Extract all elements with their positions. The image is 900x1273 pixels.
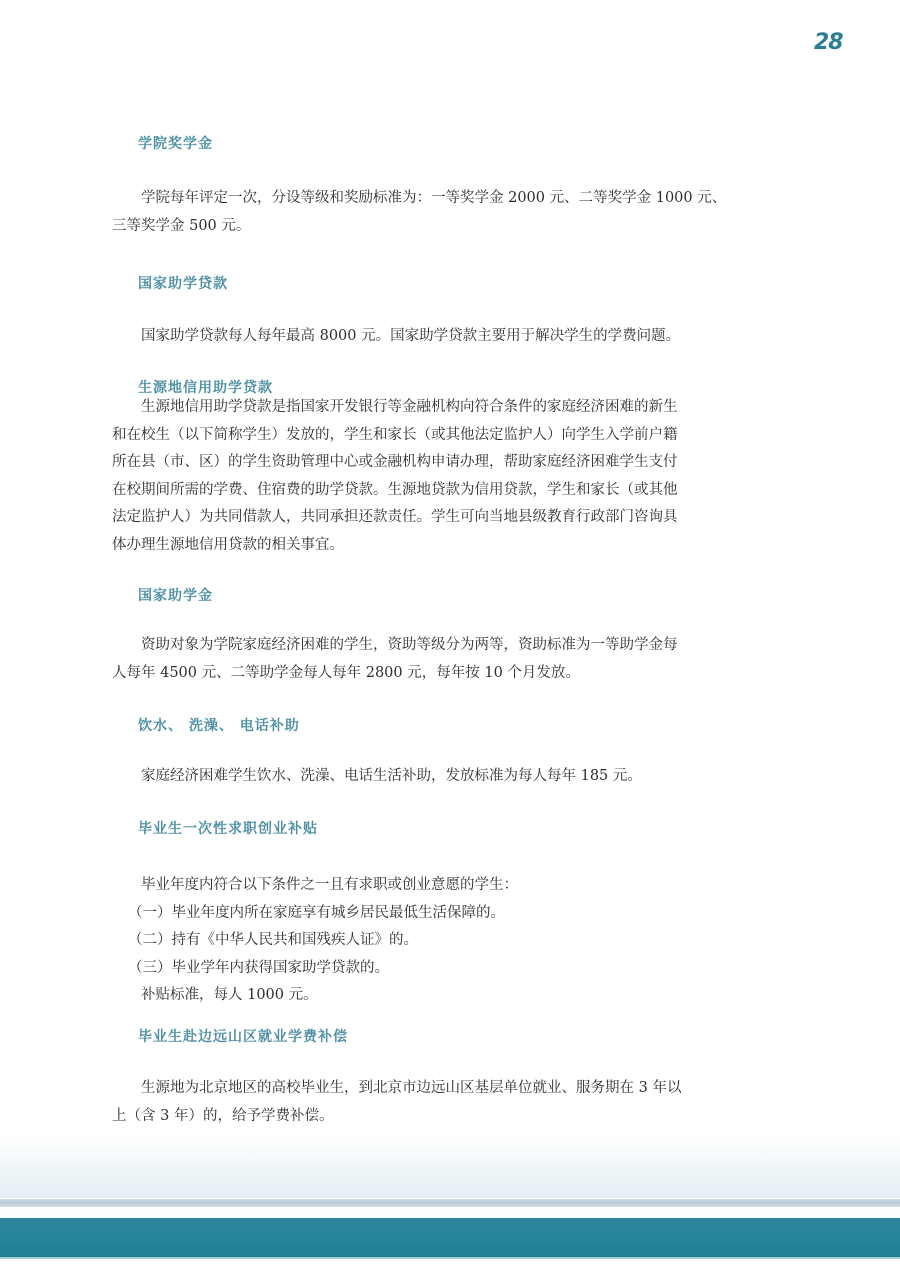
section-heading-living-subsidy: 饮水、 洗澡、 电话补助 xyxy=(138,715,300,735)
body-line: 补贴标准，每人 1000 元。 xyxy=(112,982,800,1010)
body-line: 生源地信用助学贷款是指国家开发银行等金融机构向符合条件的家庭经济困难的新生 xyxy=(112,394,800,422)
section-body-college-scholarship: 学院每年评定一次，分设等级和奖励标准为：一等奖学金 2000 元、二等奖学金 1… xyxy=(112,185,800,240)
list-item: （三）毕业学年内获得国家助学贷款的。 xyxy=(112,955,800,983)
section-heading-national-student-loan: 国家助学贷款 xyxy=(138,273,228,293)
body-line: 人每年 4500 元、二等助学金每人每年 2800 元，每年按 10 个月发放。 xyxy=(112,660,800,688)
list-item: （一）毕业年度内所在家庭享有城乡居民最低生活保障的。 xyxy=(112,900,800,928)
list-item: （二）持有《中华人民共和国残疾人证》的。 xyxy=(112,927,800,955)
section-heading-remote-area-tuition-compensation: 毕业生赴边远山区就业学费补偿 xyxy=(138,1026,348,1046)
section-body-living-subsidy: 家庭经济困难学生饮水、洗澡、电话生活补助，发放标准为每人每年 185 元。 xyxy=(112,763,800,791)
footer-background-wash xyxy=(0,1138,900,1198)
body-line: 国家助学贷款每人每年最高 8000 元。国家助学贷款主要用于解决学生的学费问题。 xyxy=(112,323,800,351)
footer-band-edge xyxy=(0,1257,900,1259)
body-line: 在校期间所需的学费、住宿费的助学贷款。生源地贷款为信用贷款，学生和家长（或其他 xyxy=(112,477,800,505)
body-line: 学院每年评定一次，分设等级和奖励标准为：一等奖学金 2000 元、二等奖学金 1… xyxy=(112,185,800,213)
section-body-origin-credit-loan: 生源地信用助学贷款是指国家开发银行等金融机构向符合条件的家庭经济困难的新生 和在… xyxy=(112,394,800,559)
body-line: 三等奖学金 500 元。 xyxy=(112,213,800,241)
body-line: 法定监护人）为共同借款人，共同承担还款责任。学生可向当地县级教育行政部门咨询具 xyxy=(112,504,800,532)
body-line: 资助对象为学院家庭经济困难的学生，资助等级分为两等，资助标准为一等助学金每 xyxy=(112,632,800,660)
body-line: 上（含 3 年）的，给予学费补偿。 xyxy=(112,1103,800,1131)
footer-spacer xyxy=(0,1207,900,1218)
section-heading-graduate-job-subsidy: 毕业生一次性求职创业补贴 xyxy=(138,818,318,838)
body-line: 和在校生（以下简称学生）发放的，学生和家长（或其他法定监护人）向学生入学前户籍 xyxy=(112,422,800,450)
section-body-national-grant: 资助对象为学院家庭经济困难的学生，资助等级分为两等，资助标准为一等助学金每 人每… xyxy=(112,632,800,687)
body-line: 生源地为北京地区的高校毕业生，到北京市边远山区基层单位就业、服务期在 3 年以 xyxy=(112,1075,800,1103)
body-line: 所在县（市、区）的学生资助管理中心或金融机构申请办理，帮助家庭经济困难学生支付 xyxy=(112,449,800,477)
body-line: 体办理生源地信用贷款的相关事宜。 xyxy=(112,532,800,560)
section-heading-college-scholarship: 学院奖学金 xyxy=(138,133,213,153)
footer-teal-band xyxy=(0,1218,900,1257)
footer-gray-rule xyxy=(0,1199,900,1207)
section-body-graduate-job-subsidy: 毕业年度内符合以下条件之一且有求职或创业意愿的学生： （一）毕业年度内所在家庭享… xyxy=(112,872,800,1010)
body-line: 家庭经济困难学生饮水、洗澡、电话生活补助，发放标准为每人每年 185 元。 xyxy=(112,763,800,791)
section-body-national-student-loan: 国家助学贷款每人每年最高 8000 元。国家助学贷款主要用于解决学生的学费问题。 xyxy=(112,323,800,351)
page-number: 28 xyxy=(814,30,843,55)
section-heading-national-grant: 国家助学金 xyxy=(138,585,213,605)
section-body-remote-area-tuition-compensation: 生源地为北京地区的高校毕业生，到北京市边远山区基层单位就业、服务期在 3 年以 … xyxy=(112,1075,800,1130)
body-line: 毕业年度内符合以下条件之一且有求职或创业意愿的学生： xyxy=(112,872,800,900)
